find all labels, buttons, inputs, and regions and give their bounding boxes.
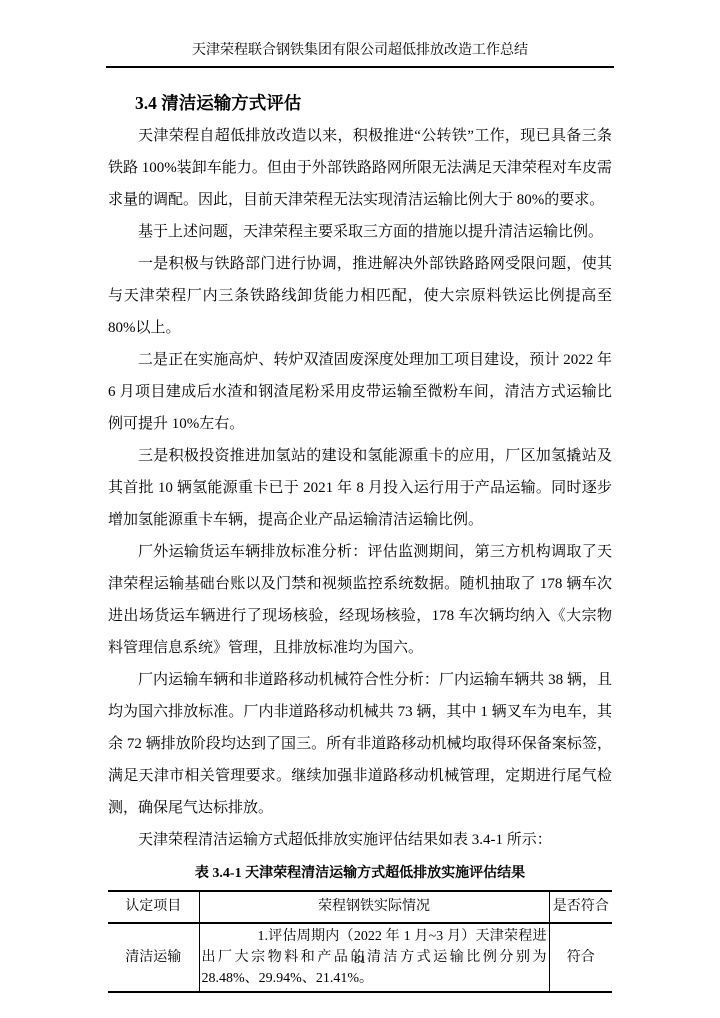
section-heading: 3.4 清洁运输方式评估 xyxy=(135,92,612,114)
body-paragraph-8: 天津荣程清洁运输方式超低排放实施评估结果如表 3.4-1 所示： xyxy=(108,824,612,856)
table-header-row: 认定项目 荣程钢铁实际情况 是否符合 xyxy=(108,891,612,923)
body-paragraph-4: 二是正在实施高炉、转炉双渣固废深度处理加工项目建设，预计 2022 年 6 月项… xyxy=(108,344,612,440)
column-header-compliance: 是否符合 xyxy=(549,891,612,923)
body-paragraph-3: 一是积极与铁路部门进行协调，推进解决外部铁路路网受限问题，使其与天津荣程厂内三条… xyxy=(108,248,612,344)
column-header-actual: 荣程钢铁实际情况 xyxy=(199,891,549,923)
body-paragraph-6: 厂外运输货运车辆排放标准分析：评估监测期间，第三方机构调取了天津荣程运输基础台账… xyxy=(108,536,612,664)
page-footer: 81 xyxy=(0,952,720,966)
document-content: 3.4 清洁运输方式评估 天津荣程自超低排放改造以来，积极推进“公转铁”工作，现… xyxy=(108,84,612,993)
body-paragraph-7: 厂内运输车辆和非道路移动机械符合性分析：厂内运输车辆共 38 辆，且均为国六排放… xyxy=(108,664,612,824)
table-caption: 表 3.4-1 天津荣程清洁运输方式超低排放实施评估结果 xyxy=(108,864,612,884)
page-number: 81 xyxy=(354,952,366,966)
body-paragraph-2: 基于上述问题，天津荣程主要采取三方面的措施以提升清洁运输比例。 xyxy=(108,216,612,248)
body-paragraph-5: 三是积极投资推进加氢站的建设和氢能源重卡的应用，厂区加氢撬站及其首批 10 辆氢… xyxy=(108,440,612,536)
header-title: 天津荣程联合钢铁集团有限公司超低排放改造工作总结 xyxy=(192,43,528,58)
column-header-item: 认定项目 xyxy=(108,891,199,923)
body-paragraph-1: 天津荣程自超低排放改造以来，积极推进“公转铁”工作，现已具备三条铁路 100%装… xyxy=(108,120,612,216)
document-page: 天津荣程联合钢铁集团有限公司超低排放改造工作总结 3.4 清洁运输方式评估 天津… xyxy=(0,0,720,1018)
assessment-table: 认定项目 荣程钢铁实际情况 是否符合 清洁运输 1.评估周期内（2022 年 1… xyxy=(108,890,612,993)
page-header: 天津荣程联合钢铁集团有限公司超低排放改造工作总结 xyxy=(106,42,614,68)
